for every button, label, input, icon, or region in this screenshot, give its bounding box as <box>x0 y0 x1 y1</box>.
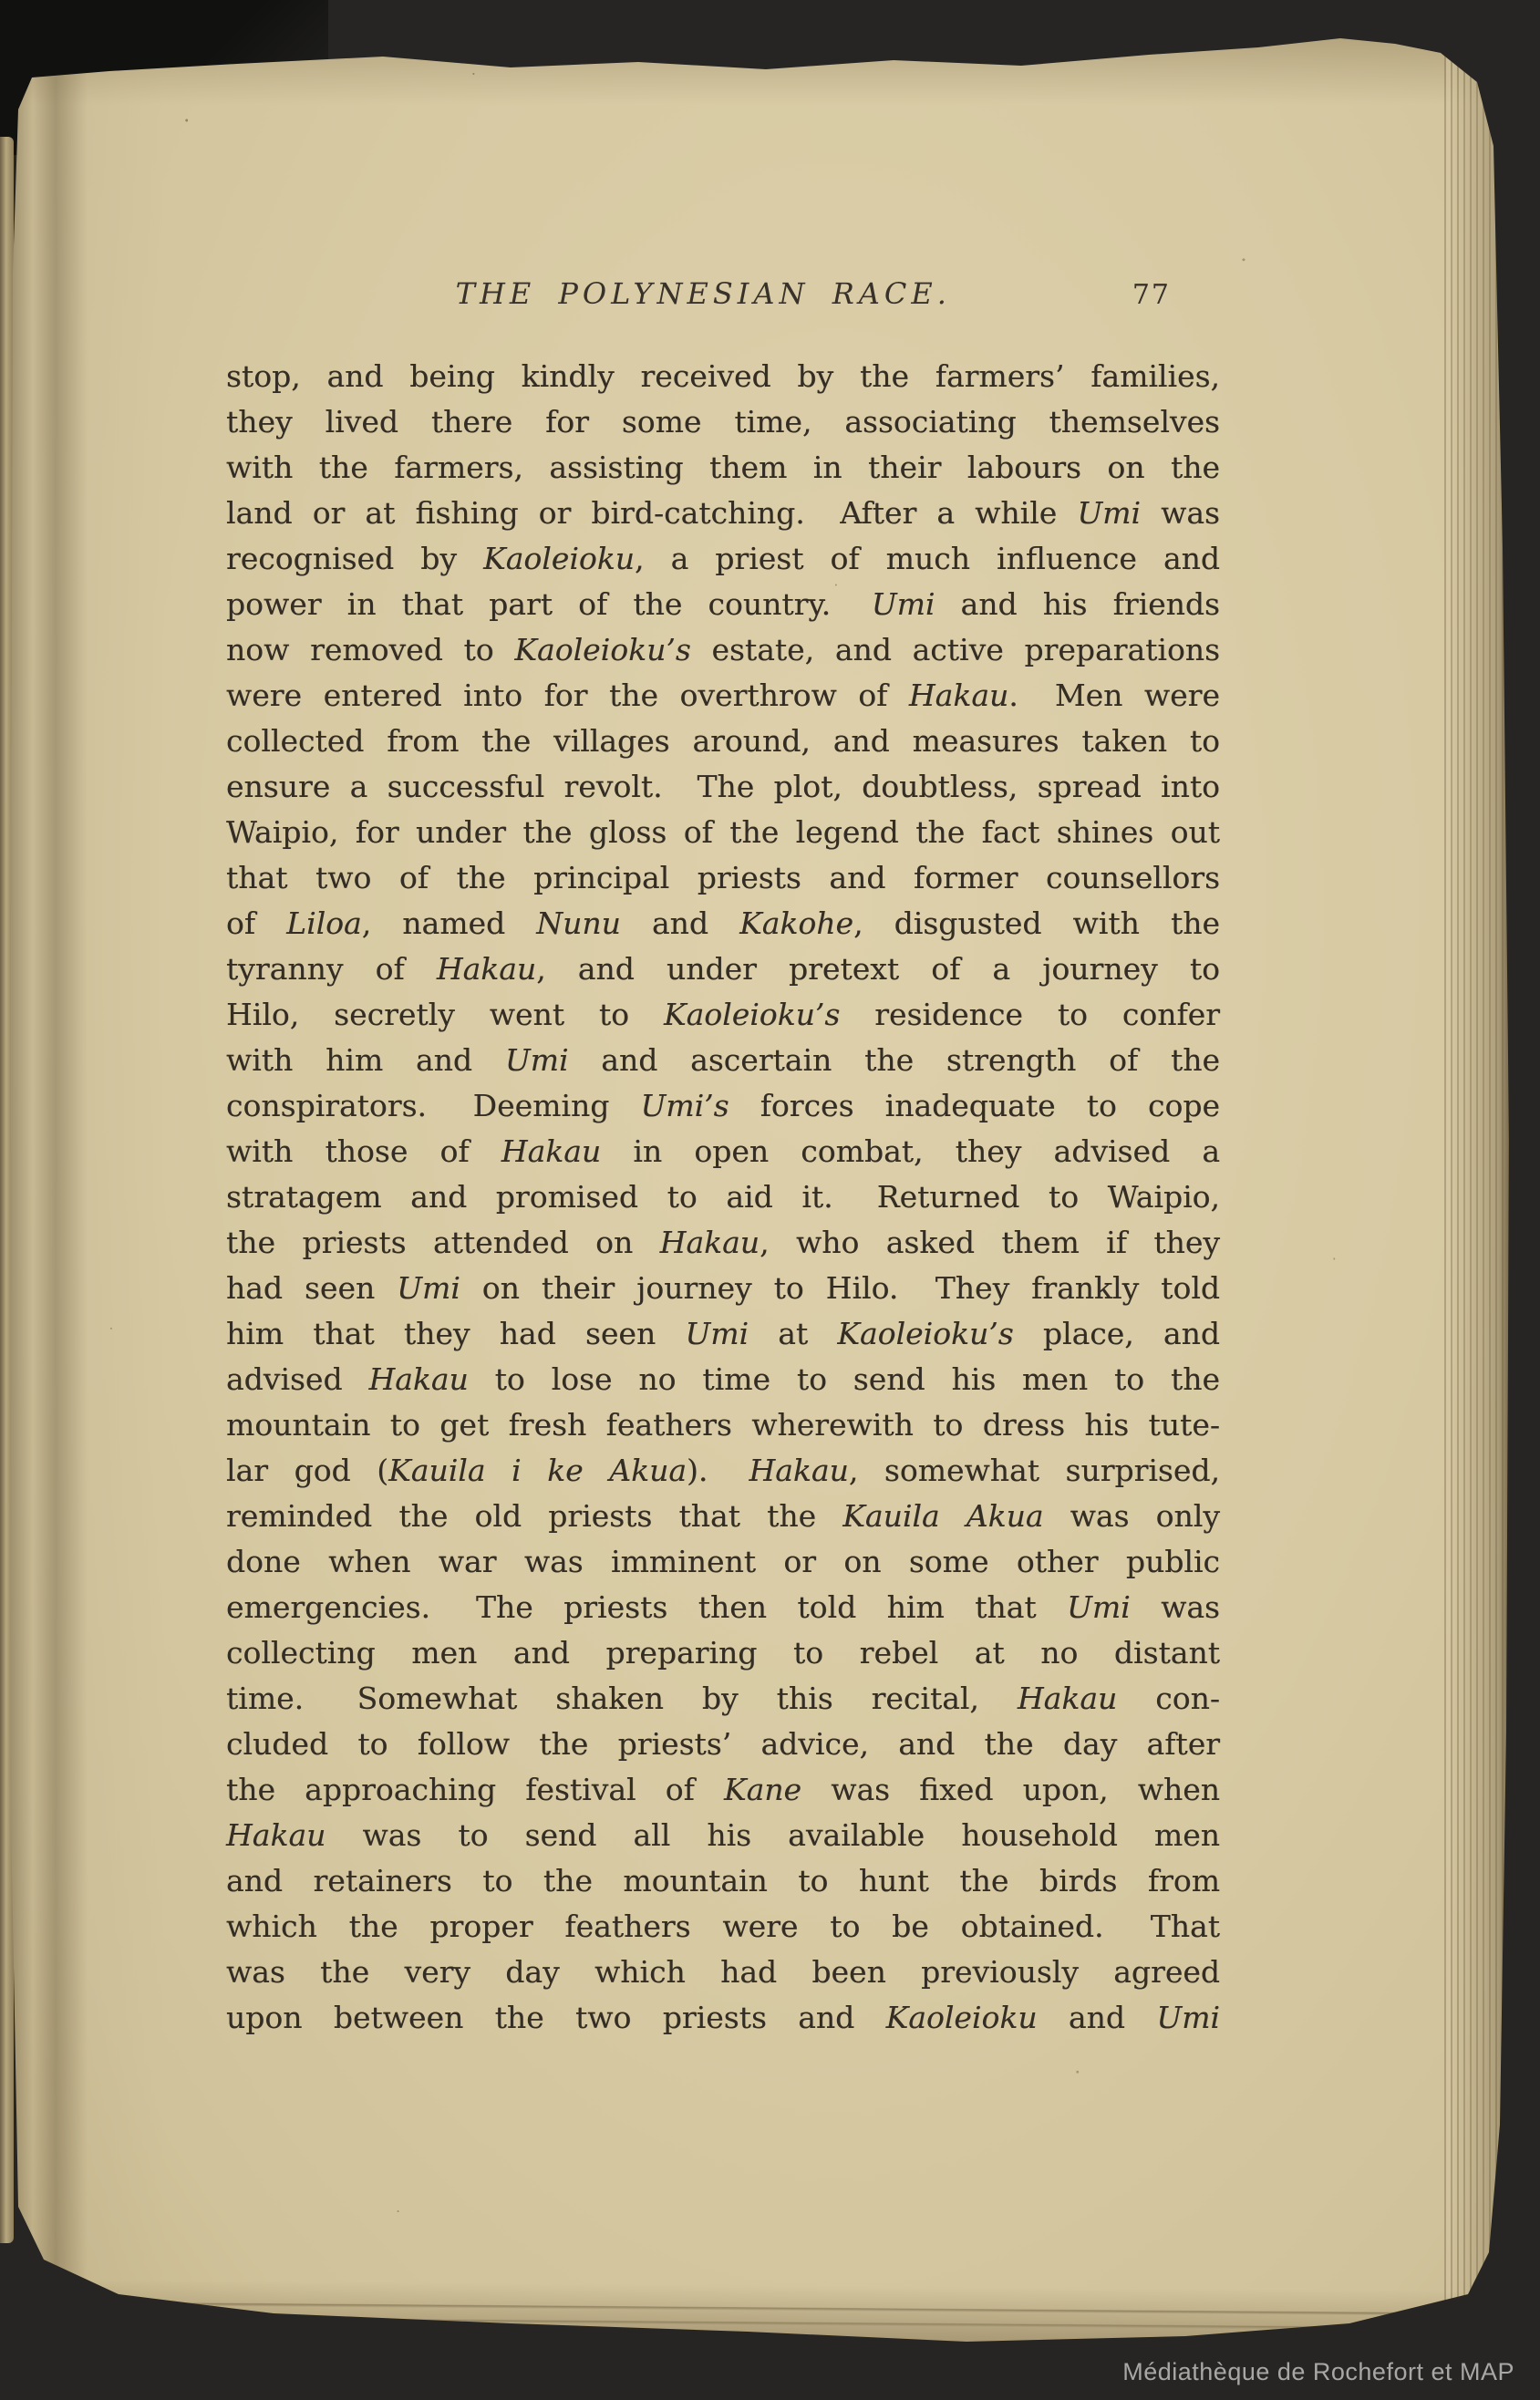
text-line: was the very day which had been previous… <box>226 1950 1220 1995</box>
text-line: Waipio, for under the gloss of the legen… <box>226 810 1220 855</box>
running-title: THE POLYNESIAN RACE. <box>456 276 951 311</box>
text-line: land or at fishing or bird-catching. Aft… <box>226 491 1220 536</box>
text-line: the priests attended on Hakau, who asked… <box>226 1220 1220 1266</box>
page-header: THE POLYNESIAN RACE. 77 <box>226 276 1220 320</box>
text-line: Hilo, secretly went to Kaoleioku’s resid… <box>226 992 1220 1038</box>
page-number: 77 <box>1132 279 1171 311</box>
text-line: reminded the old priests that the Kauila… <box>226 1494 1220 1539</box>
text-line: him that they had seen Umi at Kaoleioku’… <box>226 1311 1220 1357</box>
text-line: upon between the two priests and Kaoleio… <box>226 1995 1220 2041</box>
text-line: were entered into for the overthrow of H… <box>226 673 1220 719</box>
text-line: of Liloa, named Nunu and Kakohe, disgust… <box>226 901 1220 947</box>
text-line: stop, and being kindly received by the f… <box>226 354 1220 399</box>
text-line: with him and Umi and ascertain the stren… <box>226 1038 1220 1083</box>
text-line: tyranny of Hakau, and under pretext of a… <box>226 947 1220 992</box>
text-line: which the proper feathers were to be obt… <box>226 1904 1220 1950</box>
text-line: and retainers to the mountain to hunt th… <box>226 1858 1220 1904</box>
text-line: now removed to Kaoleioku’s estate, and a… <box>226 627 1220 673</box>
text-line: the approaching festival of Kane was fix… <box>226 1767 1220 1813</box>
text-line: with the farmers, assisting them in thei… <box>226 445 1220 491</box>
text-line: Hakau was to send all his available hous… <box>226 1813 1220 1858</box>
text-line: mountain to get fresh feathers wherewith… <box>226 1402 1220 1448</box>
text-line: stratagem and promised to aid it. Return… <box>226 1174 1220 1220</box>
body-text: stop, and being kindly received by the f… <box>226 354 1220 2041</box>
text-line: advised Hakau to lose no time to send hi… <box>226 1357 1220 1402</box>
text-line: lar god (Kauila i ke Akua). Hakau, somew… <box>226 1448 1220 1494</box>
text-line: time. Somewhat shaken by this recital, H… <box>226 1676 1220 1722</box>
text-line: that two of the principal priests and fo… <box>226 855 1220 901</box>
text-line: they lived there for some time, associat… <box>226 399 1220 445</box>
text-line: conspirators. Deeming Umi’s forces inade… <box>226 1083 1220 1129</box>
text-line: emergencies. The priests then told him t… <box>226 1585 1220 1630</box>
text-line: collected from the villages around, and … <box>226 719 1220 764</box>
text-line: ensure a successful revolt. The plot, do… <box>226 764 1220 810</box>
text-line: collecting men and preparing to rebel at… <box>226 1630 1220 1676</box>
library-watermark: Médiathèque de Rochefort et MAP <box>1122 2358 1514 2386</box>
scan-background: THE POLYNESIAN RACE. 77 stop, and being … <box>0 0 1540 2400</box>
text-line: done when war was imminent or on some ot… <box>226 1539 1220 1585</box>
text-line: power in that part of the country. Umi a… <box>226 582 1220 627</box>
text-line: had seen Umi on their journey to Hilo. T… <box>226 1266 1220 1311</box>
text-line: with those of Hakau in open combat, they… <box>226 1129 1220 1174</box>
text-line: cluded to follow the priests’ advice, an… <box>226 1722 1220 1767</box>
text-line: recognised by Kaoleioku, a priest of muc… <box>226 536 1220 582</box>
